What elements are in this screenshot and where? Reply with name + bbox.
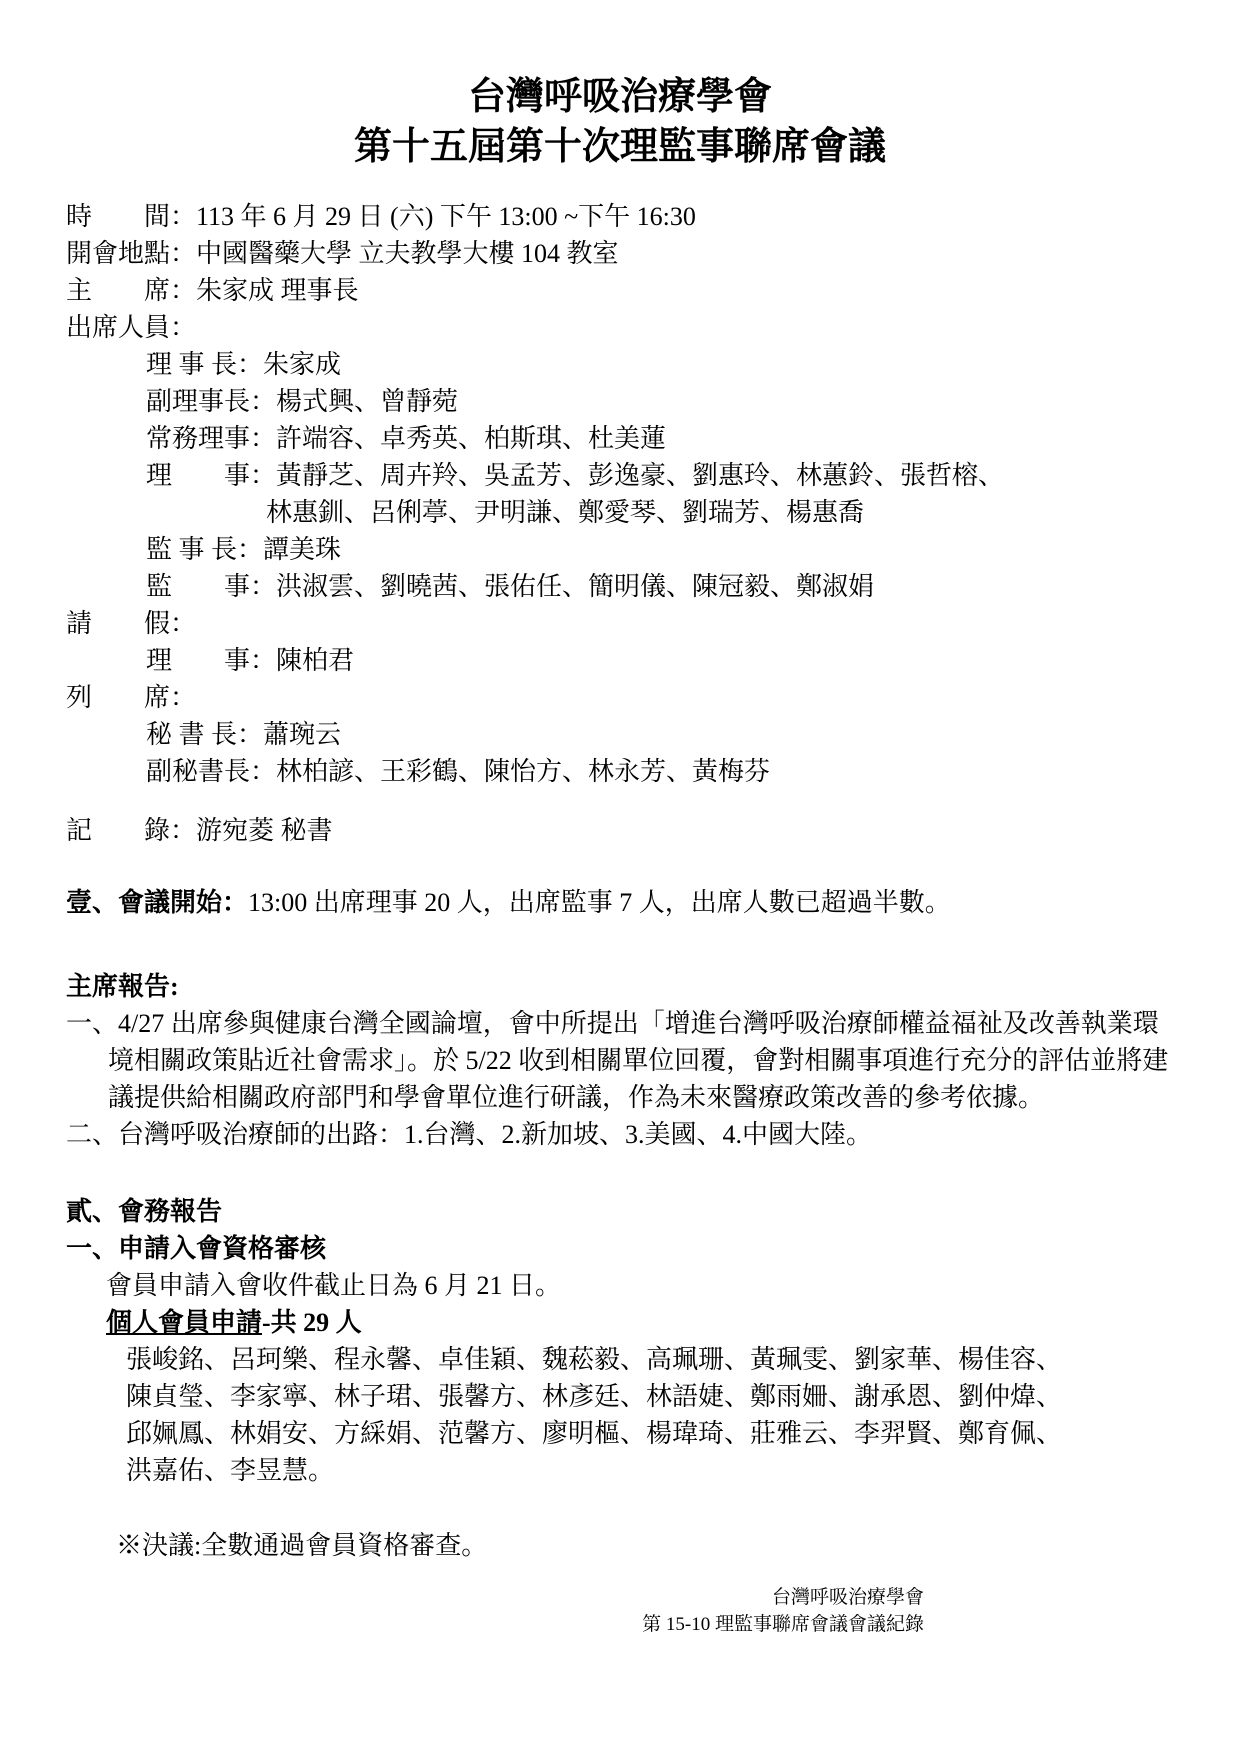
role-label: 理 事： [146,461,276,490]
applicant-names-line: 張峻銘、呂珂樂、程永馨、卓佳穎、魏菘毅、高珮珊、黃珮雯、劉家華、楊佳容、 [66,1341,1174,1378]
role-label: 理 事 長： [146,350,263,379]
section1-heading: 壹、會議開始： [66,888,248,917]
individual-application-count: -共 29 人 [262,1308,362,1337]
applicant-names-line: 陳貞瑩、李家寧、林子珺、張馨方、林彥廷、林語婕、鄭雨姍、謝承恩、劉仲煒、 [66,1378,1174,1415]
chair-report-item2: 二、台灣呼吸治療師的出路：1.台灣、2.新加坡、3.美國、4.中國大陸。 [66,1116,1174,1153]
meeting-location-label: 開會地點： [66,239,196,268]
leave-row: 理 事：陳柏君 [66,642,1174,679]
role-names: 譚美珠 [263,535,341,564]
section2-heading: 貳、會務報告 [66,1193,1174,1230]
meeting-time-label: 時 間： [66,202,196,231]
individual-application-row: 個人會員申請-共 29 人 [66,1304,1174,1341]
role-label: 副秘書長： [146,757,276,786]
attendance-row: 理 事：黃靜芝、周卉羚、吳孟芳、彭逸豪、劉惠玲、林蕙鈴、張哲榕、 [66,457,1174,494]
individual-application-label: 個人會員申請 [106,1308,262,1337]
observers-heading: 列 席： [66,679,1174,716]
chair-report-item1-line2: 境相關政策貼近社會需求」。於 5/22 收到相關單位回覆，會對相關事項進行充分的… [66,1042,1174,1079]
attendance-row: 理 事 長：朱家成 [66,346,1174,383]
role-label: 常務理事： [146,424,276,453]
role-label: 副理事長： [146,387,276,416]
attendance-row: 監 事 長：譚美珠 [66,531,1174,568]
role-label: 監 事： [146,572,276,601]
attendance-row: 常務理事：許端容、卓秀英、柏斯琪、杜美蓮 [66,420,1174,457]
chair-report-item1-line1: 一、4/27 出席參與健康台灣全國論壇，會中所提出「增進台灣呼吸治療師權益福祉及… [66,1005,1174,1042]
footer-line2: 第 15-10 理監事聯席會議會議紀錄 [66,1611,924,1638]
membership-deadline: 會員申請入會收件截止日為 6 月 21 日。 [66,1267,1174,1304]
attendance-row: 監 事：洪淑雲、劉曉茜、張佑任、簡明儀、陳冠毅、鄭淑娟 [66,568,1174,605]
role-label: 秘 書 長： [146,720,263,749]
section1-row: 壹、會議開始：13:00 出席理事 20 人，出席監事 7 人，出席人數已超過半… [66,884,1174,921]
role-names: 朱家成 [263,350,341,379]
meeting-location-value: 中國醫藥大學 立夫教學大樓 104 教室 [196,239,619,268]
meeting-chair-value: 朱家成 理事長 [196,276,359,305]
document-page: 台灣呼吸治療學會 第十五屆第十次理監事聯席會議 時 間：113 年 6 月 29… [0,0,1240,1754]
recorder-row: 記 錄：游宛菱 秘書 [66,812,1174,849]
title-line1: 台灣呼吸治療學會 [66,72,1174,122]
resolution-line: ※決議:全數通過會員資格審查。 [66,1527,1174,1564]
role-names: 黃靜芝、周卉羚、吳孟芳、彭逸豪、劉惠玲、林蕙鈴、張哲榕、 [276,461,1004,490]
meeting-chair-row: 主 席：朱家成 理事長 [66,272,1174,309]
meeting-chair-label: 主 席： [66,276,196,305]
attendance-row-continuation: 林惠釧、呂俐葶、尹明謙、鄭愛琴、劉瑞芳、楊惠喬 [66,494,1174,531]
applicant-names-line: 邱姵鳳、林娟安、方綵娟、范馨方、廖明樞、楊瑋琦、莊雅云、李羿賢、鄭育佩、 [66,1415,1174,1452]
section2-sub1-heading: 一、申請入會資格審核 [66,1230,1174,1267]
attendance-row: 副理事長：楊式興、曾靜菀 [66,383,1174,420]
meeting-time-value: 113 年 6 月 29 日 (六) 下午 13:00 ~下午 16:30 [196,202,696,231]
applicant-names-line: 洪嘉佑、李昱慧。 [66,1452,1174,1489]
role-label: 監 事 長： [146,535,263,564]
recorder-label: 記 錄： [66,816,196,845]
title-line2: 第十五屆第十次理監事聯席會議 [66,122,1174,172]
role-names: 林柏諺、王彩鶴、陳怡方、林永芳、黃梅芬 [276,757,770,786]
role-names: 許端容、卓秀英、柏斯琪、杜美蓮 [276,424,666,453]
role-names: 楊式興、曾靜菀 [276,387,458,416]
observer-row: 副秘書長：林柏諺、王彩鶴、陳怡方、林永芳、黃梅芬 [66,753,1174,790]
role-names: 洪淑雲、劉曉茜、張佑任、簡明儀、陳冠毅、鄭淑娟 [276,572,874,601]
chair-report-item1-line3: 議提供給相關政府部門和學會單位進行研議，作為未來醫療政策改善的參考依據。 [66,1079,1174,1116]
observer-row: 秘 書 長：蕭琬云 [66,716,1174,753]
role-label: 理 事： [146,646,276,675]
role-names: 蕭琬云 [263,720,341,749]
role-names: 陳柏君 [276,646,354,675]
recorder-value: 游宛菱 秘書 [196,816,333,845]
section1-text: 13:00 出席理事 20 人，出席監事 7 人，出席人數已超過半數。 [248,888,951,917]
document-footer: 台灣呼吸治療學會 第 15-10 理監事聯席會議會議紀錄 [66,1584,1174,1638]
footer-line1: 台灣呼吸治療學會 [66,1584,924,1611]
meeting-time-row: 時 間：113 年 6 月 29 日 (六) 下午 13:00 ~下午 16:3… [66,198,1174,235]
chair-report-heading: 主席報告: [66,968,1174,1005]
leave-heading: 請 假： [66,605,1174,642]
meeting-location-row: 開會地點：中國醫藥大學 立夫教學大樓 104 教室 [66,235,1174,272]
document-title: 台灣呼吸治療學會 第十五屆第十次理監事聯席會議 [66,72,1174,172]
document-body: 時 間：113 年 6 月 29 日 (六) 下午 13:00 ~下午 16:3… [66,198,1174,1564]
attendance-heading: 出席人員： [66,309,1174,346]
